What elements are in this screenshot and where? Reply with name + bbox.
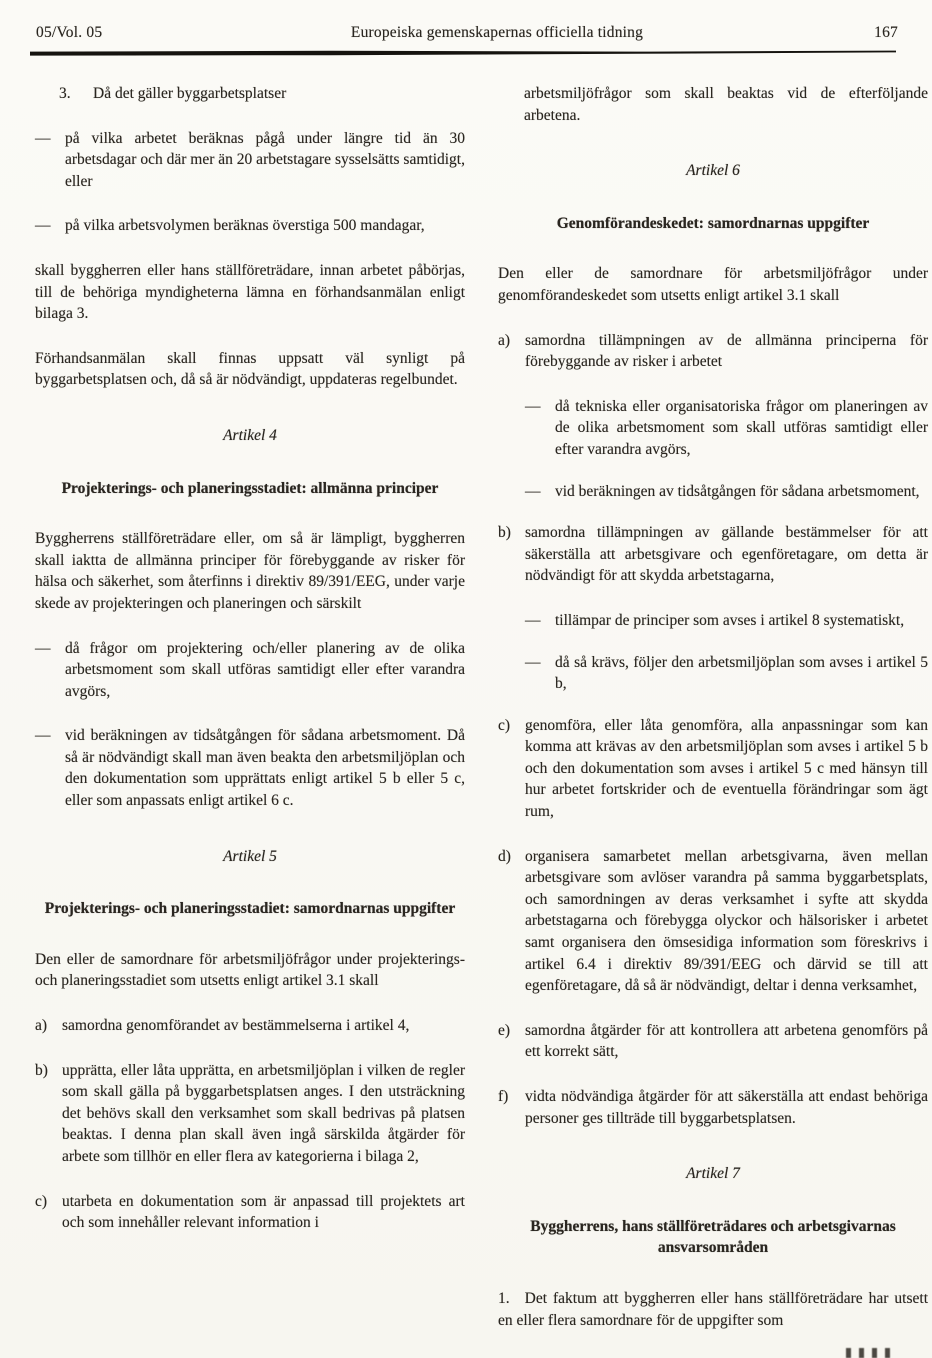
item-label: b) bbox=[498, 522, 525, 587]
item-text: Då det gäller byggarbetsplatser bbox=[93, 83, 286, 105]
section-heading: Genomförandeskedet: samordnarnas uppgift… bbox=[498, 213, 928, 235]
section-heading: Byggherrens, hans ställföreträdares och … bbox=[498, 1216, 928, 1259]
item-text: vid beräkningen av tidsåtgången för såda… bbox=[555, 481, 928, 503]
item-text: samordna tillämpningen av gällande bestä… bbox=[525, 522, 928, 587]
section-heading: Projekterings- och planeringsstadiet: sa… bbox=[35, 898, 465, 920]
section-heading: Projekterings- och planeringsstadiet: al… bbox=[35, 478, 465, 500]
sub-dash-item: —tillämpar de principer som avses i arti… bbox=[525, 610, 928, 632]
article-heading: Artikel 5 bbox=[35, 846, 465, 868]
item-text: tillämpar de principer som avses i artik… bbox=[555, 610, 928, 632]
item-label: d) bbox=[498, 846, 525, 997]
header-rule bbox=[0, 42, 932, 57]
lettered-item: b)samordna tillämpningen av gällande bes… bbox=[498, 522, 928, 587]
journal-title: Europeiska gemenskapernas officiella tid… bbox=[156, 24, 838, 42]
sub-dash-item: —då tekniska eller organisatoriska frågo… bbox=[525, 396, 928, 461]
item-label: 3. bbox=[59, 83, 93, 105]
numbered-item: 3.Då det gäller byggarbetsplatser bbox=[59, 83, 465, 105]
paragraph: Den eller de samordnare för arbetsmiljöf… bbox=[498, 263, 928, 306]
item-label: — bbox=[35, 725, 65, 811]
continuation-paragraph: arbetsmiljöfrågor som skall beaktas vid … bbox=[524, 83, 928, 126]
item-text: då så krävs, följer den arbetsmiljöplan … bbox=[555, 652, 928, 695]
page-header: 05/Vol. 05 Europeiska gemenskapernas off… bbox=[0, 0, 932, 42]
item-text: genomföra, eller låta genomföra, alla an… bbox=[525, 715, 928, 823]
item-text: på vilka arbetsvolymen beräknas överstig… bbox=[65, 215, 465, 237]
lettered-item: f)vidta nödvändiga åtgärder för att säke… bbox=[498, 1086, 928, 1129]
dash-item: —på vilka arbetet beräknas pågå under lä… bbox=[35, 128, 465, 193]
item-label: — bbox=[525, 481, 555, 503]
item-label: — bbox=[525, 396, 555, 461]
item-label: b) bbox=[35, 1060, 62, 1168]
paragraph: Förhandsanmälan skall finnas uppsatt väl… bbox=[35, 348, 465, 391]
item-label: c) bbox=[35, 1191, 62, 1234]
lettered-item: e)samordna åtgärder för att kontrollera … bbox=[498, 1020, 928, 1063]
header-rule-line bbox=[30, 50, 896, 57]
scanned-document-page: 05/Vol. 05 Europeiska gemenskapernas off… bbox=[0, 0, 932, 1358]
article-heading: Artikel 7 bbox=[498, 1163, 928, 1185]
page-number: 167 bbox=[838, 24, 898, 42]
item-label: — bbox=[525, 652, 555, 695]
lettered-item: c)utarbeta en dokumentation som är anpas… bbox=[35, 1191, 465, 1234]
sub-dash-item: —vid beräkningen av tidsåtgången för såd… bbox=[525, 481, 928, 503]
item-label: — bbox=[35, 128, 65, 193]
lettered-item: a)samordna genomförandet av bestämmelser… bbox=[35, 1015, 465, 1037]
lettered-item: b)upprätta, eller låta upprätta, en arbe… bbox=[35, 1060, 465, 1168]
two-column-text: 3.Då det gäller byggarbetsplatser—på vil… bbox=[0, 57, 932, 1354]
item-text: vid beräkningen av tidsåtgången för såda… bbox=[65, 725, 465, 811]
item-label: 1. bbox=[498, 1290, 510, 1307]
item-text: samordna tillämpningen av de allmänna pr… bbox=[525, 330, 928, 373]
article-heading: Artikel 6 bbox=[498, 160, 928, 182]
lettered-item: c)genomföra, eller låta genomföra, alla … bbox=[498, 715, 928, 823]
right-column: arbetsmiljöfrågor som skall beaktas vid … bbox=[498, 83, 928, 1354]
item-text: samordna åtgärder för att kontrollera at… bbox=[525, 1020, 928, 1063]
item-text: på vilka arbetet beräknas pågå under län… bbox=[65, 128, 465, 193]
item-text: då frågor om projektering och/eller plan… bbox=[65, 638, 465, 703]
paragraph: skall byggherren eller hans ställföreträ… bbox=[35, 260, 465, 325]
item-label: a) bbox=[35, 1015, 62, 1037]
volume-label: 05/Vol. 05 bbox=[36, 24, 156, 42]
item-label: — bbox=[35, 215, 65, 237]
item-text: vidta nödvändiga åtgärder för att säkers… bbox=[525, 1086, 928, 1129]
article-heading: Artikel 4 bbox=[35, 425, 465, 447]
item-label: f) bbox=[498, 1086, 525, 1129]
paragraph: Byggherrens ställföreträdare eller, om s… bbox=[35, 528, 465, 614]
dash-item: —vid beräkningen av tidsåtgången för såd… bbox=[35, 725, 465, 811]
left-column: 3.Då det gäller byggarbetsplatser—på vil… bbox=[35, 83, 465, 1354]
item-label: a) bbox=[498, 330, 525, 373]
paragraph: Den eller de samordnare för arbetsmiljöf… bbox=[35, 949, 465, 992]
item-text: upprätta, eller låta upprätta, en arbets… bbox=[62, 1060, 465, 1168]
lettered-item: d)organisera samarbetet mellan arbetsgiv… bbox=[498, 846, 928, 997]
item-text: då tekniska eller organisatoriska frågor… bbox=[555, 396, 928, 461]
item-text: utarbeta en dokumentation som är anpassa… bbox=[62, 1191, 465, 1234]
item-label: c) bbox=[498, 715, 525, 823]
lettered-item: a)samordna tillämpningen av de allmänna … bbox=[498, 330, 928, 373]
item-label: e) bbox=[498, 1020, 525, 1063]
dash-item: —då frågor om projektering och/eller pla… bbox=[35, 638, 465, 703]
item-text: samordna genomförandet av bestämmelserna… bbox=[62, 1015, 465, 1037]
dash-item: —på vilka arbetsvolymen beräknas översti… bbox=[35, 215, 465, 237]
item-label: — bbox=[35, 638, 65, 703]
item-text: organisera samarbetet mellan arbetsgivar… bbox=[525, 846, 928, 997]
numbered-paragraph: 1.Det faktum att byggherren eller hans s… bbox=[498, 1288, 928, 1331]
item-label: — bbox=[525, 610, 555, 632]
scan-artifact bbox=[846, 1348, 894, 1358]
sub-dash-item: —då så krävs, följer den arbetsmiljöplan… bbox=[525, 652, 928, 695]
item-text: Det faktum att byggherren eller hans stä… bbox=[498, 1290, 928, 1329]
